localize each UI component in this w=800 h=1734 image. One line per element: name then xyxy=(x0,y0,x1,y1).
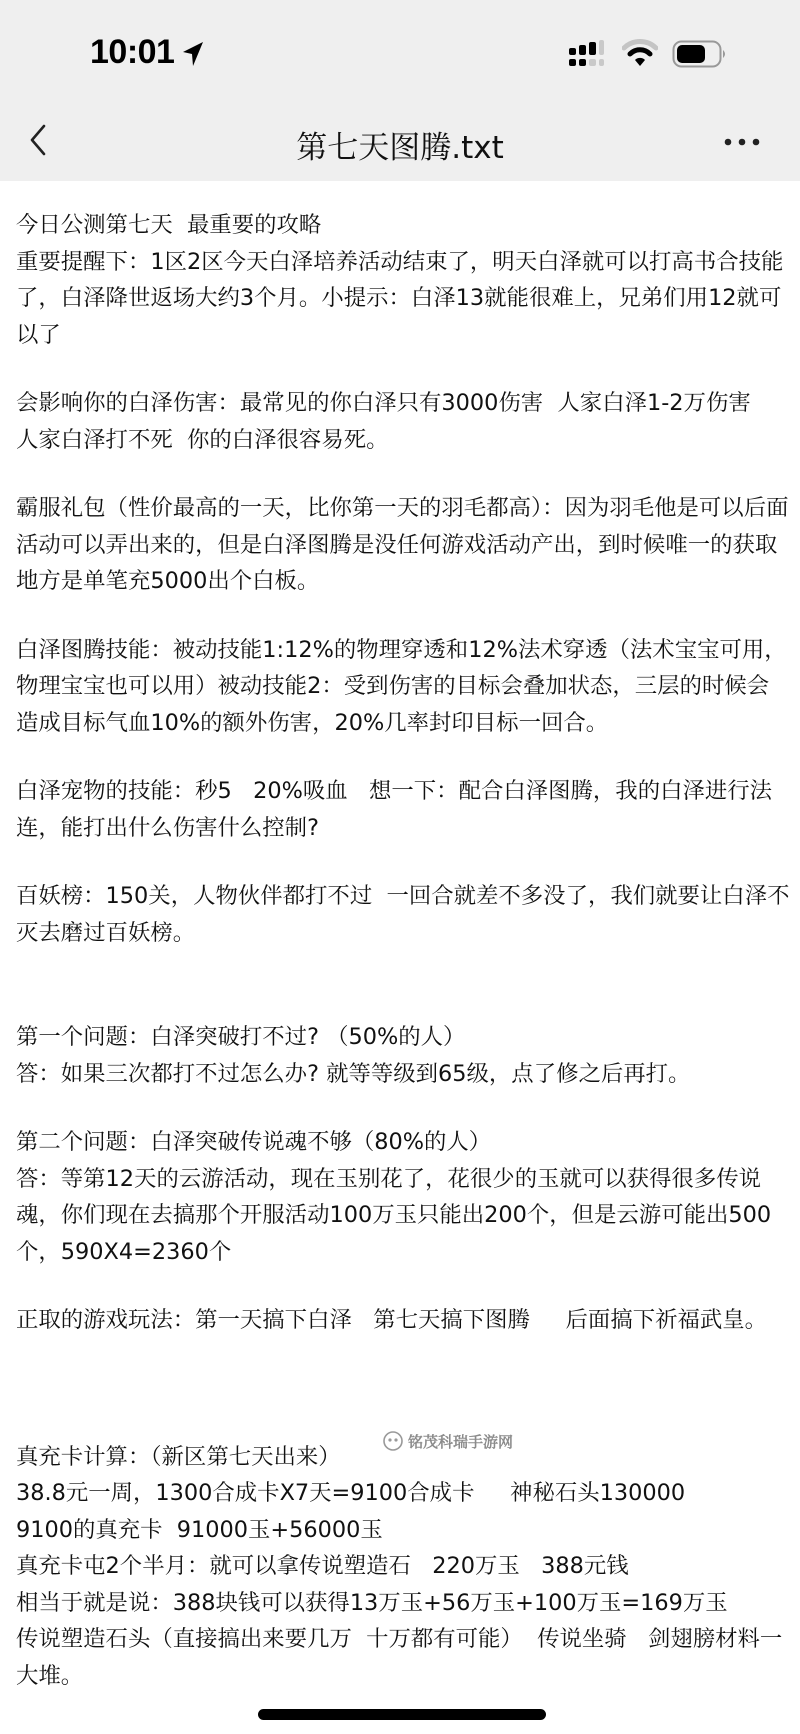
paragraph-gameplay: 正取的游戏玩法：第一天搞下白泽 第七天搞下图腾 后面搞下祈福武皇。 xyxy=(16,1302,791,1339)
paragraph-gift-pack: 霸服礼包（性价最高的一天，比你第一天的羽毛都高）：因为羽毛他是可以后面活动可以弄… xyxy=(16,490,791,600)
dual-sim-signal-icon xyxy=(568,40,610,70)
paragraph-totem-skills: 白泽图腾技能：被动技能1:12%的物理穿透和12%法术穿透（法术宝宝可用，物理宝… xyxy=(16,632,791,742)
watermark-text: 铭茂科瑞手游网 xyxy=(408,1431,513,1452)
battery-icon xyxy=(672,40,728,68)
paragraph-card-calculation: 真充卡计算：（新区第七天出来） 38.8元一周，1300合成卡X7天=9100合… xyxy=(16,1439,791,1695)
location-arrow-icon xyxy=(181,40,205,68)
home-indicator[interactable] xyxy=(258,1709,546,1720)
watermark: 铭茂科瑞手游网 xyxy=(382,1430,513,1452)
paragraph-hundred-demons: 百妖榜：150关，人物伙伴都打不过 一回合就差不多没了，我们就要让白泽不灭去磨过… xyxy=(16,878,791,951)
paragraph-damage: 会影响你的白泽伤害：最常见的你白泽只有3000伤害 人家白泽1-2万伤害 人家白… xyxy=(16,385,791,458)
nav-bar: 第七天图腾.txt xyxy=(0,100,800,181)
status-bar: 10:01 xyxy=(0,0,800,100)
paragraph-question-one: 第一个问题：白泽突破打不过? （50%的人） 答：如果三次都打不过怎么办? 就等… xyxy=(16,1019,791,1092)
watermark-logo-icon xyxy=(382,1430,404,1452)
paragraph-intro: 今日公测第七天 最重要的攻略 重要提醒下：1区2区今天白泽培养活动结束了，明天白… xyxy=(16,207,791,353)
paragraph-question-two: 第二个问题：白泽突破传说魂不够（80%的人） 答：等第12天的云游活动，现在玉别… xyxy=(16,1124,791,1270)
top-chrome: 10:01 第七天图腾.txt xyxy=(0,0,800,181)
document-body: 今日公测第七天 最重要的攻略 重要提醒下：1区2区今天白泽培养活动结束了，明天白… xyxy=(16,207,791,1694)
status-time: 10:01 xyxy=(90,33,174,72)
paragraph-pet-skills: 白泽宠物的技能：秒5 20%吸血 想一下：配合白泽图腾，我的白泽进行法连，能打出… xyxy=(16,773,791,846)
wifi-icon xyxy=(622,38,658,68)
page-title: 第七天图腾.txt xyxy=(0,122,800,167)
more-options-button[interactable] xyxy=(722,130,762,154)
